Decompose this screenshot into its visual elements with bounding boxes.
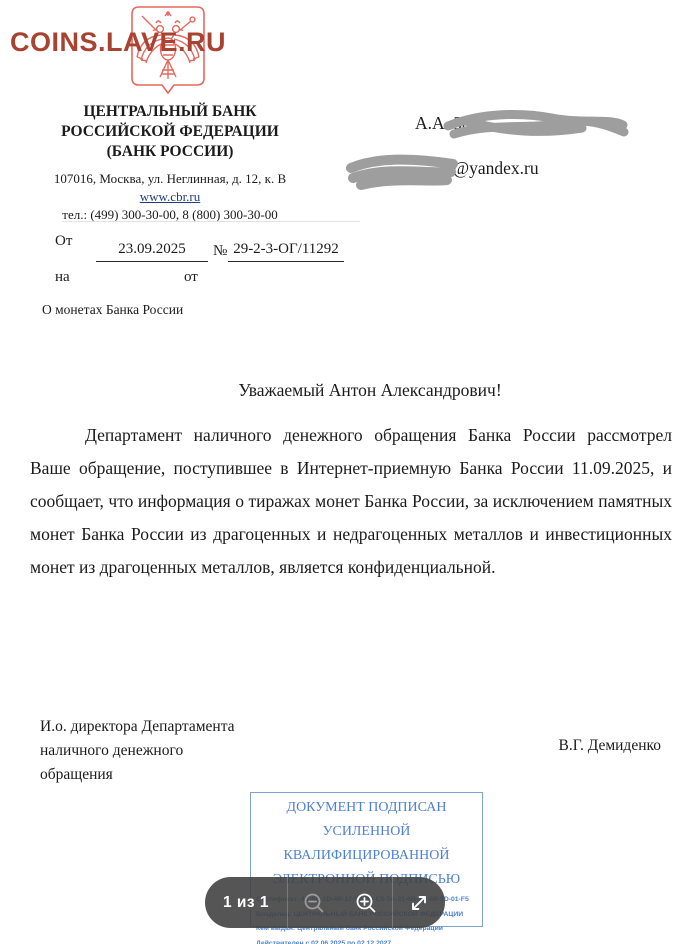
letterhead: ЦЕНТРАЛЬНЫЙ БАНК РОССИЙСКОЙ ФЕДЕРАЦИИ (Б… [25,102,315,223]
signer-position-line1: И.о. директора Департамента [40,715,235,739]
body-paragraph: Департамент наличного денежного обращени… [30,419,672,584]
stamp-title-line3: КВАЛИФИЦИРОВАННОЙ [251,847,482,865]
stamp-validity: Действителен с 02.06.2025 по 02.12.2027 [256,937,482,944]
ref-from-label: От [55,233,72,250]
letter-viewer-page: { "watermark": "COINS.LAVE.RU", "letterh… [0,0,699,944]
fullscreen-expand-icon [407,891,431,915]
subject-line: О монетах Банка России [42,302,183,318]
stamp-title-line2: УСИЛЕННОЙ [251,823,482,841]
org-name-line2: РОССИЙСКОЙ ФЕДЕРАЦИИ [25,122,315,142]
site-watermark: COINS.LAVE.RU [10,27,226,58]
zoom-in-icon [354,891,378,915]
viewer-toolbar: 1 из 1 [205,877,445,928]
ref-number-label: № [213,243,227,260]
org-address: 107016, Москва, ул. Неглинная, д. 12, к.… [25,171,315,187]
redaction-scribble-email [343,150,461,192]
signer-name: В.Г. Демиденко [559,737,661,755]
stamp-title-line1: ДОКУМЕНТ ПОДПИСАН [251,799,482,817]
letterhead-divider [62,221,360,222]
ref-number-field: 29-2-3-ОГ/11292 [228,241,344,262]
org-name-line3: (БАНК РОССИИ) [25,142,315,162]
redaction-scribble-name [440,108,630,144]
fullscreen-button[interactable] [393,877,445,928]
page-indicator: 1 из 1 [205,877,287,928]
addressee-email-domain: @yandex.ru [453,158,539,179]
ref-na-label: на [55,269,70,286]
salutation: Уважаемый Антон Александрович! [30,380,670,401]
org-website-link[interactable]: www.cbr.ru [140,189,201,204]
zoom-out-icon [302,891,326,915]
signer-position-line3: обращения [40,763,235,787]
signer-position: И.о. директора Департамента наличного де… [40,715,235,787]
zoom-out-button[interactable] [288,877,340,928]
signer-position-line2: наличного денежного [40,739,235,763]
ref-ot-label: от [184,269,198,286]
zoom-in-button[interactable] [340,877,392,928]
org-name-line1: ЦЕНТРАЛЬНЫЙ БАНК [25,102,315,122]
ref-date-field: 23.09.2025 [96,241,208,262]
